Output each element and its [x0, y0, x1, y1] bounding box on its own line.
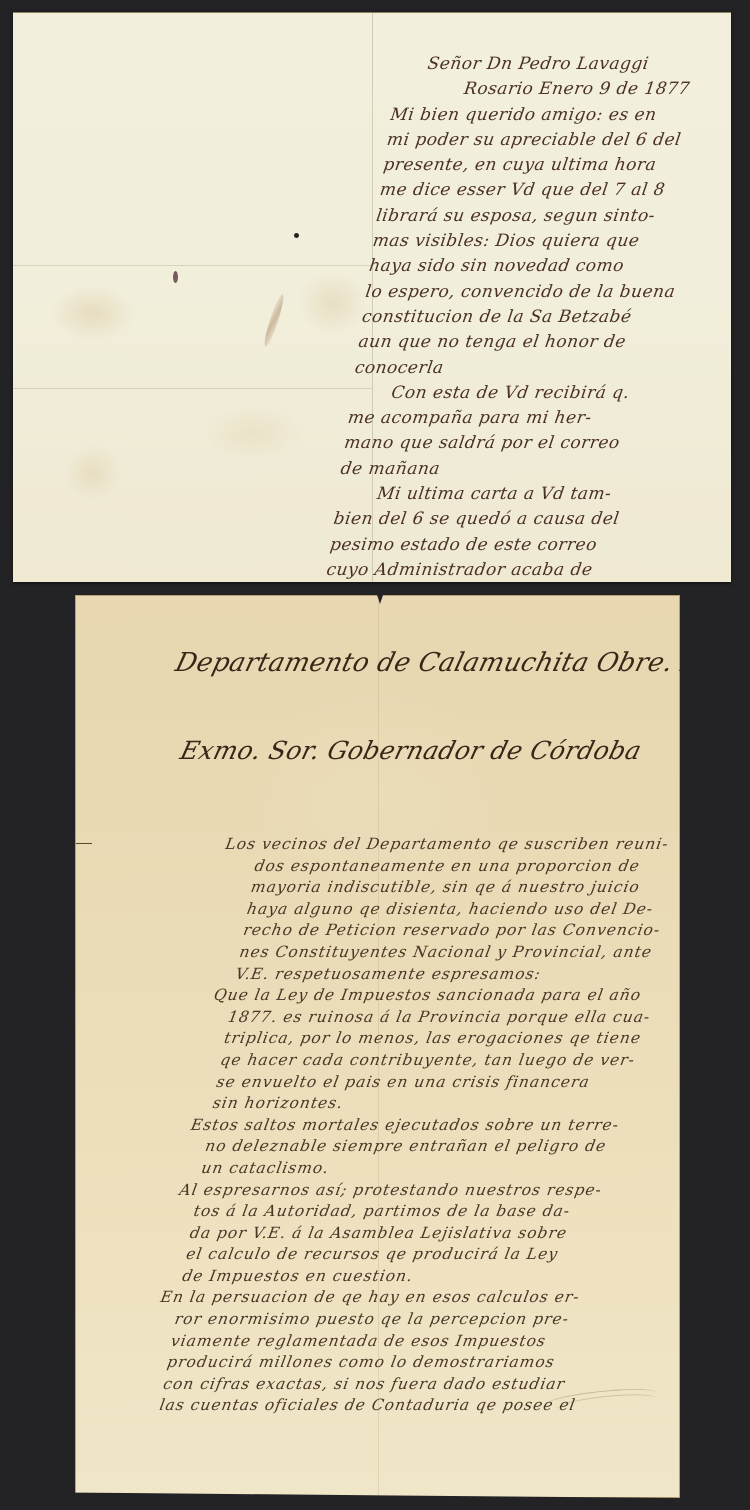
petition-line: dos espontaneamente en una proporcion de [220, 856, 714, 878]
letter-line: presente, en cuya ultima hora [382, 153, 736, 178]
letter-line: me acompaña para mi her- [346, 406, 700, 431]
letter-line: librará su esposa, segun sinto- [374, 204, 728, 229]
petition-line: Que la Ley de Impuestos sancionada para … [197, 985, 691, 1007]
letter-line: mano que saldrá por el correo [342, 431, 696, 456]
letter-line: aun que no tenga el honor de [357, 330, 711, 355]
petition-body: Los vecinos del Departamento qe suscribe… [125, 834, 718, 1417]
petition-line: Los vecinos del Departamento qe suscribe… [224, 834, 718, 856]
petition-line: V.E. respetuosamente espresamos: [201, 964, 695, 986]
petition-line: ror enormisimo puesto qe la percepcion p… [140, 1309, 634, 1331]
letter-line: Mi ultima carta a Vd tam- [335, 482, 689, 507]
letter-salutation: Señor Dn Pedro Lavaggi [396, 52, 750, 77]
petition-line: tos á la Autoridad, partimos de la base … [159, 1201, 653, 1223]
letter-line: constitucion de la Sa Betzabé [360, 305, 714, 330]
letter-line: Mi bien querido amigo: es en [389, 103, 743, 128]
letter-place-date: Rosario Enero 9 de 1877 [392, 77, 746, 102]
petition-line: las cuentas oficiales de Contaduria qe p… [125, 1395, 619, 1417]
petition-line: no deleznable siempre entrañan el peligr… [170, 1136, 664, 1158]
petition-line: el calculo de recursos qe producirá la L… [151, 1244, 645, 1266]
horizontal-fold-line [13, 388, 372, 389]
petition-line: Estos saltos mortales ejecutados sobre u… [174, 1115, 668, 1137]
letter-line: lo espero, convencido de la buena [364, 280, 718, 305]
horizontal-fold-line [13, 265, 372, 266]
letter-line: haya sido sin novedad como [367, 254, 721, 279]
petition-line: 1877. es ruinosa á la Provincia porque e… [193, 1007, 687, 1029]
paper-hole [294, 233, 299, 238]
petition-line: da por V.E. á la Asamblea Lejislativa so… [155, 1223, 649, 1245]
margin-mark [76, 843, 92, 844]
letter-line: bien del 6 se quedó a causa del [332, 507, 686, 532]
petition-heading: Departamento de Calamuchita Obre. 25 de … [172, 648, 750, 678]
petition-line: haya alguno qe disienta, haciendo uso de… [212, 899, 706, 921]
petition-line: viamente reglamentada de esos Impuestos [136, 1331, 630, 1353]
letter-line: mas visibles: Dios quiera que [371, 229, 725, 254]
petition-line: de Impuestos en cuestion. [147, 1266, 641, 1288]
petition-line: nes Constituyentes Nacional y Provincial… [205, 942, 699, 964]
paper-stain [262, 293, 287, 348]
petition-line: mayoria indiscutible, sin qe á nuestro j… [216, 877, 710, 899]
letter-line: pesimo estado de este correo [328, 533, 682, 558]
petition-addressee: Exmo. Sor. Gobernador de Córdoba [177, 736, 644, 765]
petition-line: un cataclismo. [166, 1158, 660, 1180]
letter-line: de mañana [339, 457, 693, 482]
petition-line: recho de Peticion reservado por las Conv… [208, 920, 702, 942]
letter-line: cuyo Administrador acaba de [325, 558, 679, 583]
petition-line: producirá millones como lo demostrariamo… [132, 1352, 626, 1374]
letter-line: Con esta de Vd recibirá q. [350, 381, 704, 406]
letter-line: me dice esser Vd que del 7 al 8 [378, 178, 732, 203]
letter-line: conocerla [353, 356, 707, 381]
petition-line: qe hacer cada contribuyente, tan luego d… [186, 1050, 680, 1072]
petition-line: se envuelto el pais en una crisis financ… [182, 1072, 676, 1094]
petition-line: En la persuacion de qe hay en esos calcu… [144, 1287, 638, 1309]
petition-line: triplica, por lo menos, las erogaciones … [189, 1028, 683, 1050]
petition-page: Departamento de Calamuchita Obre. 25 de … [75, 595, 680, 1498]
petition-line: con cifras exactas, si nos fuera dado es… [128, 1374, 622, 1396]
petition-line: sin horizontes. [178, 1093, 672, 1115]
letter-line: mi poder su apreciable del 6 del [385, 128, 739, 153]
ink-stain [173, 271, 178, 283]
letter-text: Señor Dn Pedro Lavaggi Rosario Enero 9 d… [325, 52, 750, 583]
petition-line: Al espresarnos así; protestando nuestros… [163, 1180, 657, 1202]
